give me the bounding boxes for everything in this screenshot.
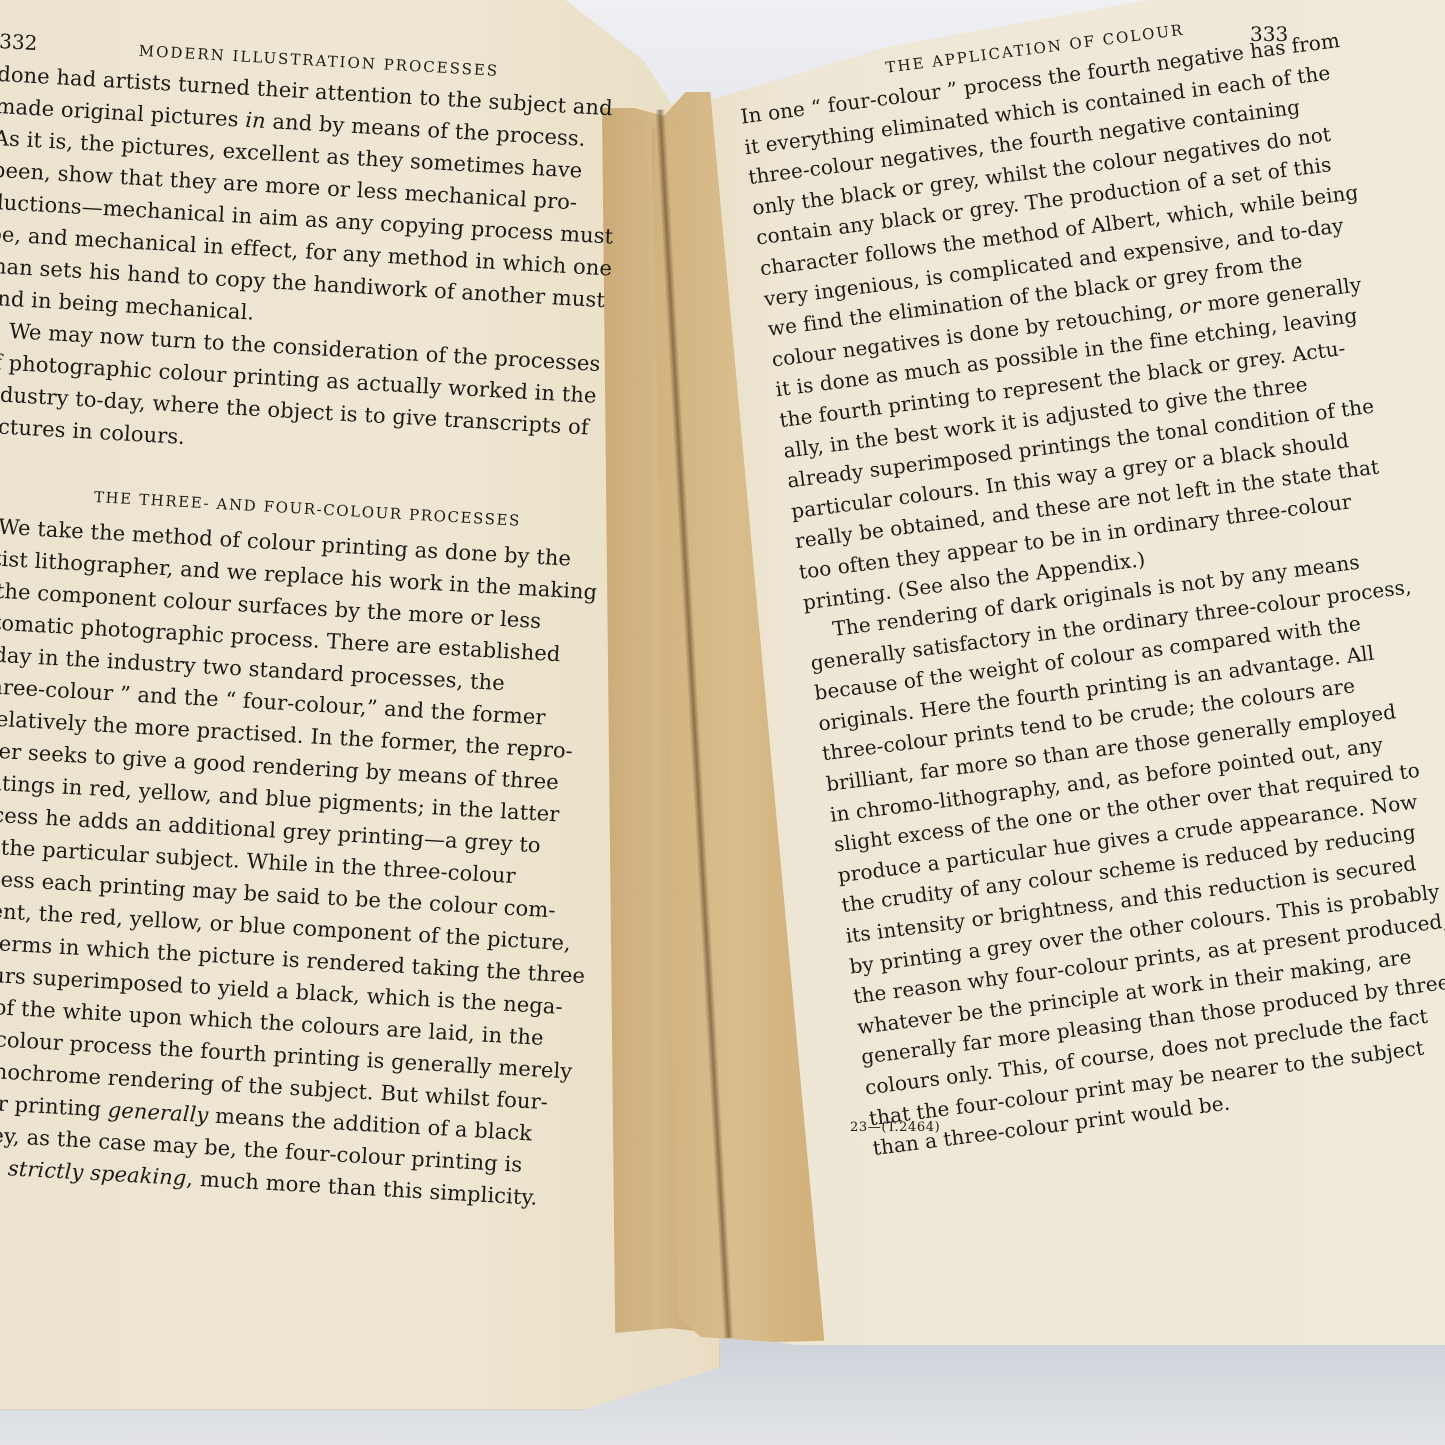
italic-text: generally	[107, 1098, 209, 1128]
left-page-number: 332	[0, 29, 38, 55]
text-run: colour printing	[0, 1088, 109, 1121]
left-paragraph-1: done had artists turned their attention …	[0, 58, 634, 349]
signature-mark: 23—(T.2464)	[850, 1120, 940, 1135]
right-paragraph-1: In one “ four-colour ” process the fourt…	[739, 25, 1405, 618]
left-paragraph-3: We take the method of colour printing as…	[0, 509, 609, 1216]
italic-text: strictly speaking	[7, 1156, 187, 1190]
right-paragraph-2: The rendering of dark originals is not b…	[805, 541, 1445, 1164]
italic-text: or	[1178, 293, 1203, 320]
left-page-text: 332 MODERN ILLUSTRATION PROCESSES done h…	[0, 28, 636, 1216]
